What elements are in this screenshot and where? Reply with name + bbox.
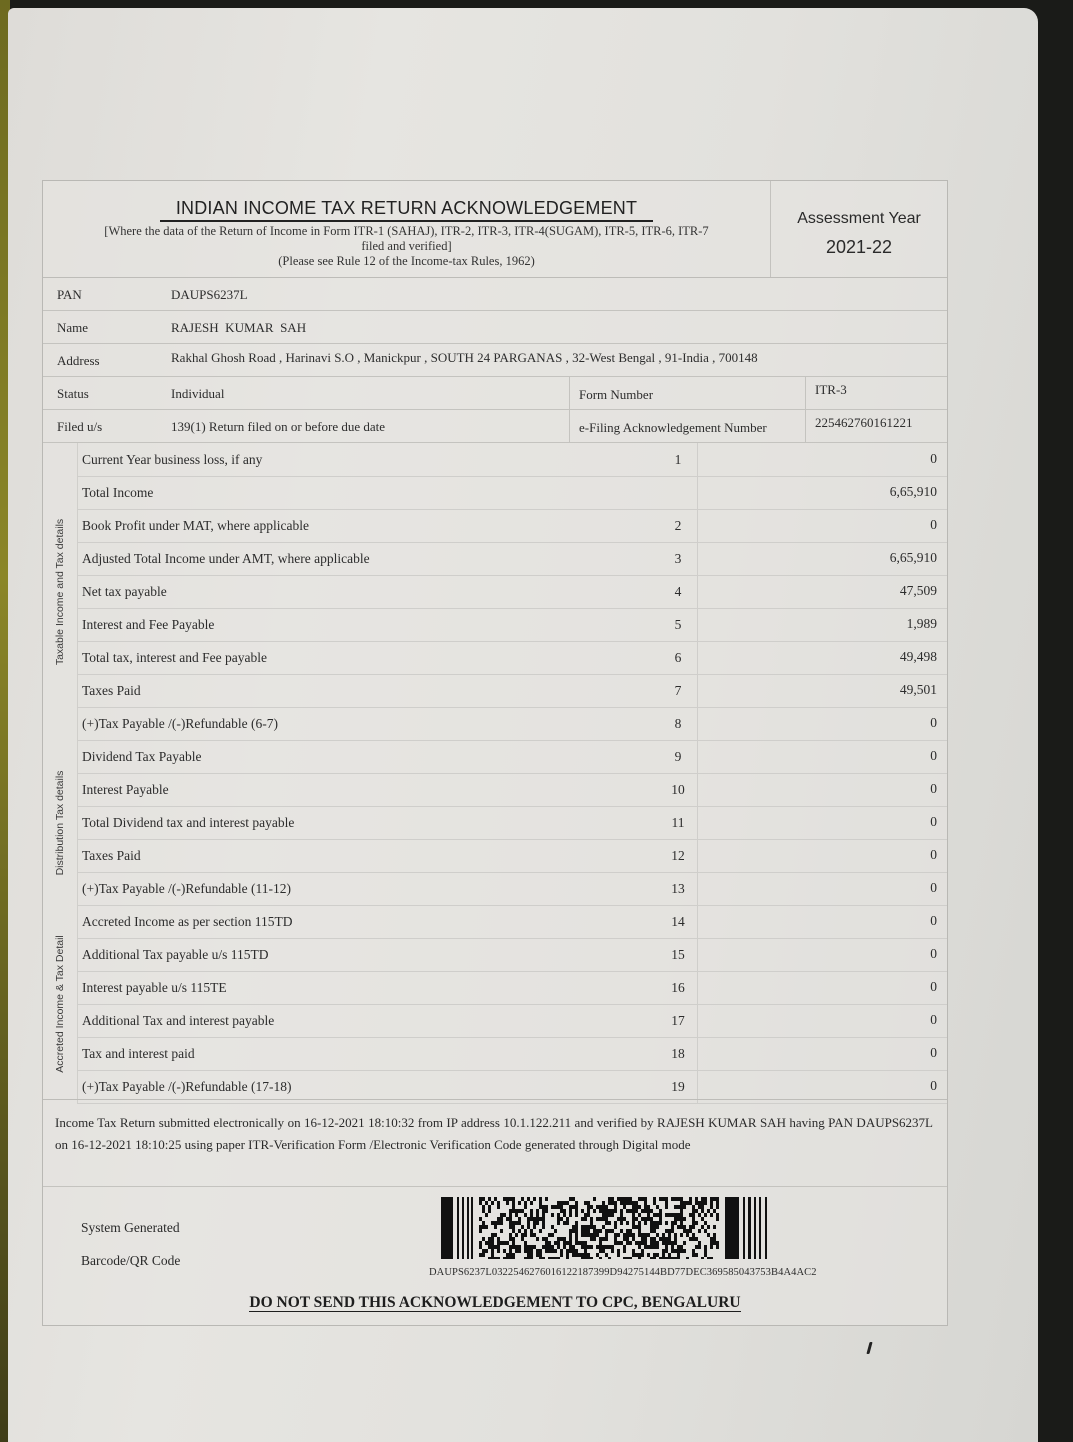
status-value: Individual	[171, 386, 224, 402]
verification-text: Income Tax Return submitted electronical…	[55, 1112, 933, 1156]
do-not-send-notice: DO NOT SEND THIS ACKNOWLEDGEMENT TO CPC,…	[43, 1294, 947, 1312]
row-amount: 0	[930, 1012, 937, 1028]
row-number: 9	[653, 749, 703, 765]
subtitle-line-3: (Please see Rule 12 of the Income-tax Ru…	[63, 254, 750, 269]
address-value: Rakhal Ghosh Road , Harinavi S.O , Manic…	[171, 350, 758, 366]
column-divider	[697, 1004, 698, 1037]
column-divider	[697, 443, 698, 476]
table-row: Current Year business loss, if any10	[77, 443, 947, 477]
section-label-text: Taxable Income and Tax details	[54, 518, 66, 664]
row-description: Net tax payable	[82, 584, 167, 600]
column-divider	[805, 410, 806, 442]
table-row: Interest and Fee Payable51,989	[77, 608, 947, 642]
row-description: Book Profit under MAT, where applicable	[82, 518, 309, 534]
row-description: (+)Tax Payable /(-)Refundable (17-18)	[82, 1079, 291, 1095]
row-description: Current Year business loss, if any	[82, 452, 262, 468]
row-amount: 0	[930, 847, 937, 863]
table-row: (+)Tax Payable /(-)Refundable (11-12)130	[77, 872, 947, 906]
row-amount: 47,509	[900, 583, 937, 599]
row-description: Dividend Tax Payable	[82, 749, 202, 765]
row-amount: 0	[930, 946, 937, 962]
table-row: Taxes Paid120	[77, 839, 947, 873]
section-1: Taxable Income and Tax detailsCurrent Ye…	[43, 443, 947, 740]
row-number: 14	[653, 914, 703, 930]
filed-us-value: 139(1) Return filed on or before due dat…	[171, 419, 385, 435]
table-row: Tax and interest paid180	[77, 1037, 947, 1071]
column-divider	[805, 377, 806, 409]
column-divider	[697, 905, 698, 938]
form-number-label: Form Number	[579, 387, 653, 403]
section-2: Distribution Tax detailsDividend Tax Pay…	[43, 740, 947, 905]
system-generated-label: System Generated	[81, 1211, 180, 1244]
row-amount: 6,65,910	[890, 550, 937, 566]
column-divider	[569, 377, 570, 409]
row-number: 12	[653, 848, 703, 864]
barcode-text: DAUPS6237L0322546276016122187399D9427514…	[429, 1267, 817, 1278]
column-divider	[697, 971, 698, 1004]
column-divider	[697, 509, 698, 542]
table-row: Interest payable u/s 115TE160	[77, 971, 947, 1005]
notice-text: DO NOT SEND THIS ACKNOWLEDGEMENT TO CPC,…	[249, 1294, 740, 1312]
table-row: (+)Tax Payable /(-)Refundable (6-7)80	[77, 707, 947, 741]
header-title-block: INDIAN INCOME TAX RETURN ACKNOWLEDGEMENT…	[43, 181, 771, 277]
row-description: Additional Tax and interest payable	[82, 1013, 274, 1029]
row-number: 19	[653, 1079, 703, 1095]
table-row: Taxes Paid749,501	[77, 674, 947, 708]
row-amount: 0	[930, 517, 937, 533]
row-number: 3	[653, 551, 703, 567]
table-row: Dividend Tax Payable90	[77, 740, 947, 774]
table-row: Interest Payable100	[77, 773, 947, 807]
table-row: Book Profit under MAT, where applicable2…	[77, 509, 947, 543]
address-label: Address	[57, 353, 100, 369]
subtitle-line-1: [Where the data of the Return of Income …	[63, 224, 750, 239]
pan-label: PAN	[57, 287, 82, 303]
column-divider	[697, 938, 698, 971]
assessment-year-label: Assessment Year	[771, 210, 947, 228]
row-number: 16	[653, 980, 703, 996]
pan-value: DAUPS6237L	[171, 287, 248, 303]
barcode-label: Barcode/QR Code	[81, 1244, 180, 1277]
filed-us-row: Filed u/s 139(1) Return filed on or befo…	[43, 410, 947, 443]
row-description: Taxes Paid	[82, 848, 141, 864]
column-divider	[697, 674, 698, 707]
column-divider	[697, 476, 698, 509]
assessment-year-box: Assessment Year 2021-22	[771, 181, 947, 277]
address-row: Address Rakhal Ghosh Road , Harinavi S.O…	[43, 344, 947, 377]
row-number: 15	[653, 947, 703, 963]
row-number: 11	[653, 815, 703, 831]
row-amount: 0	[930, 451, 937, 467]
row-number: 4	[653, 584, 703, 600]
form-subtitle: [Where the data of the Return of Income …	[43, 224, 770, 269]
status-label: Status	[57, 386, 89, 402]
system-generated-block: System Generated Barcode/QR Code	[81, 1211, 180, 1277]
row-amount: 0	[930, 1045, 937, 1061]
table-row: Additional Tax payable u/s 115TD150	[77, 938, 947, 972]
section-side-label: Distribution Tax details	[43, 740, 78, 905]
column-divider	[697, 1037, 698, 1070]
name-row: Name RAJESH KUMAR SAH	[43, 311, 947, 344]
column-divider	[697, 608, 698, 641]
row-number: 1	[653, 452, 703, 468]
table-row: Total Dividend tax and interest payable1…	[77, 806, 947, 840]
row-amount: 49,498	[900, 649, 937, 665]
row-amount: 0	[930, 979, 937, 995]
filed-us-label: Filed u/s	[57, 419, 102, 435]
assessment-year-value: 2021-22	[771, 237, 947, 258]
row-description: Total Dividend tax and interest payable	[82, 815, 294, 831]
row-description: Tax and interest paid	[82, 1046, 195, 1062]
row-number: 18	[653, 1046, 703, 1062]
column-divider	[697, 542, 698, 575]
column-divider	[697, 773, 698, 806]
row-amount: 0	[930, 880, 937, 896]
ack-number-value: 225462760161221	[815, 415, 913, 431]
table-row: Total Income6,65,910	[77, 476, 947, 510]
table-row: Total tax, interest and Fee payable649,4…	[77, 641, 947, 675]
form-number-value: ITR-3	[815, 382, 847, 398]
row-description: Accreted Income as per section 115TD	[82, 914, 293, 930]
column-divider	[697, 707, 698, 740]
row-description: Taxes Paid	[82, 683, 141, 699]
row-amount: 0	[930, 781, 937, 797]
row-description: Interest and Fee Payable	[82, 617, 214, 633]
row-amount: 0	[930, 715, 937, 731]
section-side-label: Taxable Income and Tax details	[43, 443, 78, 740]
form-title: INDIAN INCOME TAX RETURN ACKNOWLEDGEMENT	[160, 198, 653, 222]
column-divider	[569, 410, 570, 442]
column-divider	[697, 575, 698, 608]
column-divider	[697, 806, 698, 839]
name-label: Name	[57, 320, 88, 336]
verification-statement: Income Tax Return submitted electronical…	[43, 1099, 947, 1187]
form-header: INDIAN INCOME TAX RETURN ACKNOWLEDGEMENT…	[43, 181, 947, 278]
row-number: 2	[653, 518, 703, 534]
row-description: (+)Tax Payable /(-)Refundable (11-12)	[82, 881, 291, 897]
column-divider	[697, 740, 698, 773]
row-description: Interest payable u/s 115TE	[82, 980, 227, 996]
row-amount: 49,501	[900, 682, 937, 698]
row-description: (+)Tax Payable /(-)Refundable (6-7)	[82, 716, 278, 732]
table-row: Net tax payable447,509	[77, 575, 947, 609]
row-amount: 1,989	[907, 616, 937, 632]
column-divider	[697, 872, 698, 905]
row-description: Total Income	[82, 485, 153, 501]
acknowledgement-form: INDIAN INCOME TAX RETURN ACKNOWLEDGEMENT…	[42, 180, 948, 1326]
section-3: Accreted Income & Tax DetailAccreted Inc…	[43, 905, 947, 1103]
table-row: Adjusted Total Income under AMT, where a…	[77, 542, 947, 576]
row-description: Interest Payable	[82, 782, 169, 798]
pdf417-barcode-icon	[441, 1197, 771, 1259]
table-row: Accreted Income as per section 115TD140	[77, 905, 947, 939]
name-value: RAJESH KUMAR SAH	[171, 320, 306, 336]
ack-number-label: e-Filing Acknowledgement Number	[579, 420, 767, 436]
status-row: Status Individual Form Number ITR-3	[43, 377, 947, 410]
row-number: 5	[653, 617, 703, 633]
row-amount: 0	[930, 814, 937, 830]
row-amount: 0	[930, 913, 937, 929]
row-number: 8	[653, 716, 703, 732]
row-description: Adjusted Total Income under AMT, where a…	[82, 551, 370, 567]
subtitle-line-2: filed and verified]	[63, 239, 750, 254]
column-divider	[697, 839, 698, 872]
row-amount: 0	[930, 748, 937, 764]
row-number: 6	[653, 650, 703, 666]
row-description: Additional Tax payable u/s 115TD	[82, 947, 269, 963]
row-amount: 6,65,910	[890, 484, 937, 500]
column-divider	[697, 641, 698, 674]
section-label-text: Accreted Income & Tax Detail	[54, 935, 66, 1073]
row-number: 17	[653, 1013, 703, 1029]
row-number: 10	[653, 782, 703, 798]
row-number: 7	[653, 683, 703, 699]
row-amount: 0	[930, 1078, 937, 1094]
row-description: Total tax, interest and Fee payable	[82, 650, 267, 666]
table-row: Additional Tax and interest payable170	[77, 1004, 947, 1038]
section-label-text: Distribution Tax details	[54, 770, 66, 875]
row-number: 13	[653, 881, 703, 897]
section-side-label: Accreted Income & Tax Detail	[43, 905, 78, 1103]
pan-row: PAN DAUPS6237L	[43, 278, 947, 311]
